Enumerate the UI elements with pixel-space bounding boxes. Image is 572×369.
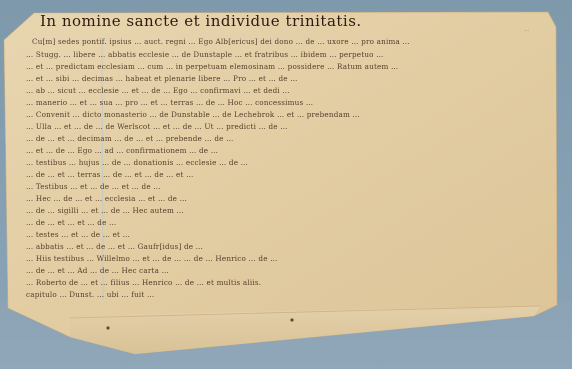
charter-text-block: Cu[m] sedes pontif. ipsius … auct. regni…: [26, 12, 548, 302]
text-line: … testes … et … de … et …: [26, 230, 130, 239]
text-line: … de … et … terras … de … et … de … et …: [26, 170, 193, 179]
text-line: … Testibus … et … de … et … de …: [26, 182, 161, 191]
text-line: … manerio … et … sua … pro … et … terras…: [26, 98, 313, 107]
text-line: capitulo … Dunst. … ubi … fuit …: [26, 290, 154, 299]
text-line: … et … sibi … decimas … habeat et plenar…: [26, 74, 298, 83]
text-line: … de … et … decimam … de … et … prebende…: [26, 134, 233, 143]
text-line: … de … sigilli … et … de … Hec autem …: [26, 206, 184, 215]
text-line: Cu[m] sedes pontif. ipsius … auct. regni…: [32, 37, 410, 46]
text-line: … testibus … hujus … de … donationis … e…: [26, 158, 248, 167]
text-line: … de … et … et … de …: [26, 218, 116, 227]
text-line: … ab … sicut … ecclesie … et … de … Ego …: [26, 86, 290, 95]
text-line: … et … de … Ego … ad … confirmationem … …: [26, 146, 218, 155]
text-line: … Ulla … et … de … de Werlscot … et … de…: [26, 122, 288, 131]
text-line: … Hiis testibus … Willelmo … et … de … ……: [26, 254, 278, 263]
text-line: … Hec … de … et … ecclesia … et … de …: [26, 194, 187, 203]
text-line: … abbatis … et … de … et … Gaufr[idus] d…: [26, 242, 203, 251]
text-line: … Roberto de … et … filius … Henrico … d…: [26, 278, 261, 287]
text-line: … Convenit … dicto monasterio … de Dunst…: [26, 110, 360, 119]
text-line: … de … et … Ad … de … Hec carta …: [26, 266, 169, 275]
text-line: … et … predictam ecclesiam … cum … in pe…: [26, 62, 398, 71]
text-line: … Stugg. … libere … abbatis ecclesie … d…: [26, 50, 384, 59]
